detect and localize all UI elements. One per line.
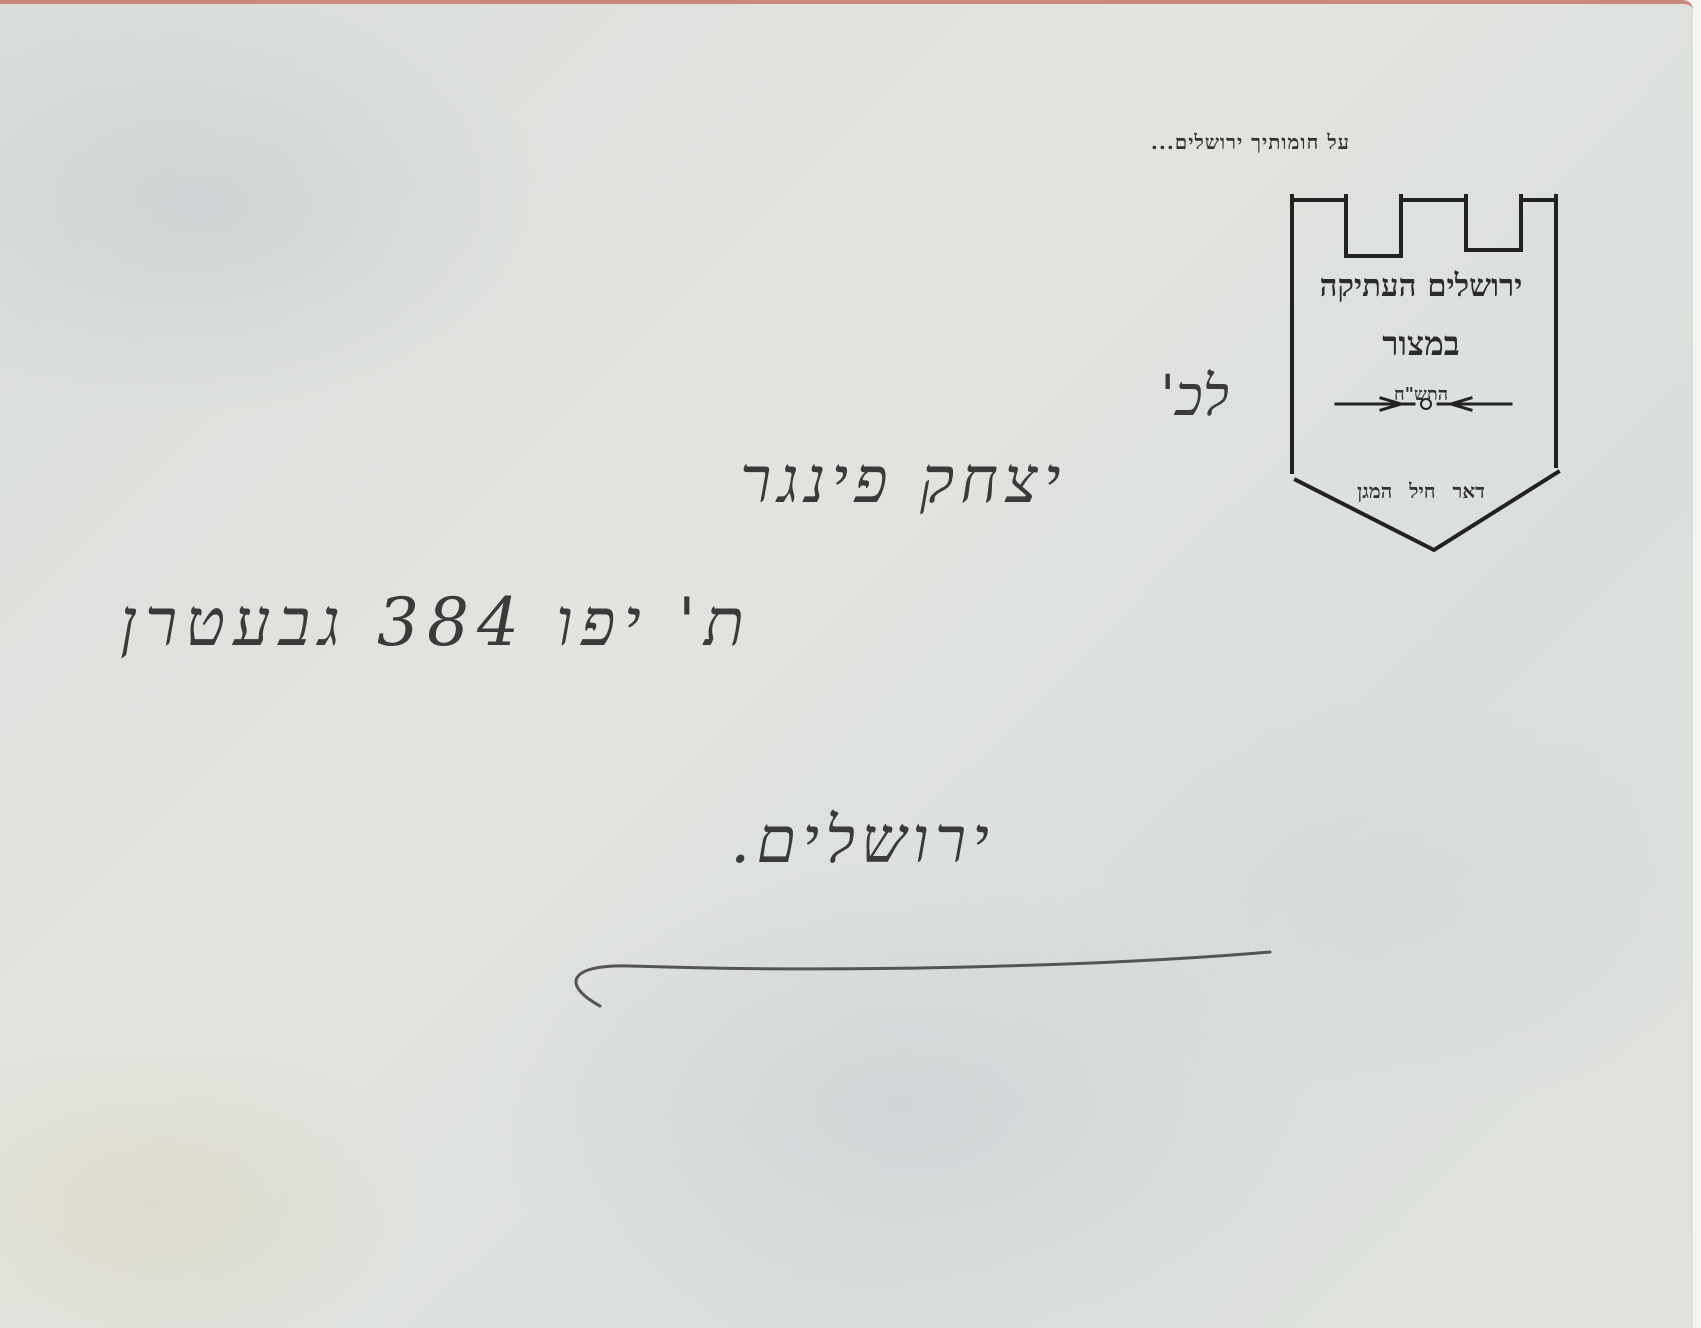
stamp-line-old-city: ירושלים העתיקה — [1276, 268, 1566, 304]
envelope: על חומותיך ירושלים... ירושלים העתיקה במצ… — [0, 0, 1693, 1328]
handwritten-address: ת' יפו 384 גבעטרן — [120, 584, 752, 662]
stamp-line-siege: במצור — [1276, 324, 1566, 364]
handwritten-underline — [570, 944, 1290, 1014]
handwritten-salutation: לכ' — [1160, 364, 1229, 429]
printed-tagline: על חומותיך ירושלים... — [1151, 130, 1350, 155]
stamp-line-year: התש"ח — [1276, 384, 1566, 405]
handwritten-recipient: יצחק פינגר — [740, 444, 1066, 518]
stamp-line-defense-post: דאר חיל המגן — [1276, 479, 1566, 504]
handwritten-city: ירושלים. — [730, 804, 995, 878]
besieged-jerusalem-stamp: ירושלים העתיקה במצור התש"ח דאר חיל המגן — [1276, 184, 1566, 594]
